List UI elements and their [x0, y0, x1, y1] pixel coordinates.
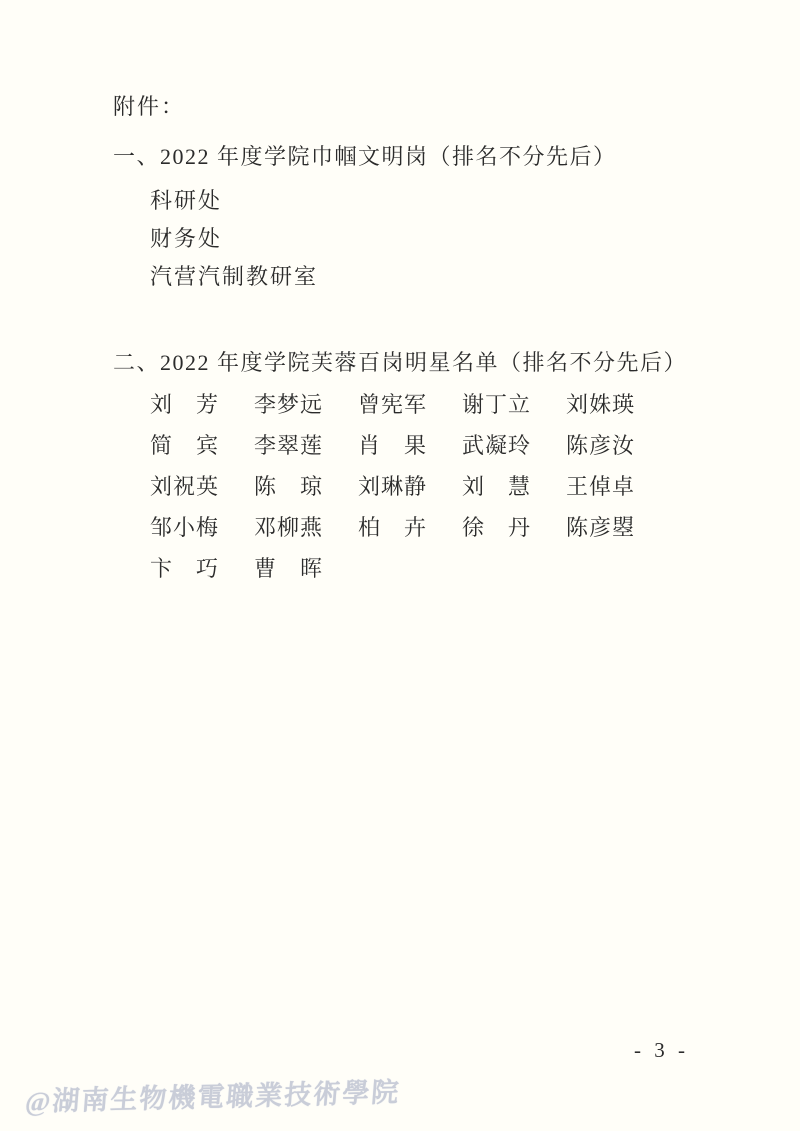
person-name: 王倬卓: [566, 474, 670, 515]
person-name: 柏 卉: [358, 515, 462, 556]
document-page: 附件： 一、2022 年度学院巾帼文明岗（排名不分先后） 科研处 财务处 汽营汽…: [0, 0, 800, 1131]
person-name: 李梦远: [254, 392, 358, 433]
section-2-heading: 二、2022 年度学院芙蓉百岗明星名单（排名不分先后）: [113, 346, 687, 377]
unit-item: 科研处: [150, 188, 318, 226]
person-name: 邓柳燕: [254, 515, 358, 556]
attachment-label: 附件：: [113, 90, 185, 121]
person-name: 谢丁立: [462, 392, 566, 433]
person-name: 邹小梅: [150, 515, 254, 556]
person-name: 陈 琼: [254, 474, 358, 515]
person-name: 曾宪军: [358, 392, 462, 433]
section-1-heading: 一、2022 年度学院巾帼文明岗（排名不分先后）: [113, 140, 617, 171]
person-name: 刘琳静: [358, 474, 462, 515]
person-name: 刘 慧: [462, 474, 566, 515]
unit-item: 财务处: [150, 226, 318, 264]
person-name: 卞 巧: [150, 556, 254, 597]
person-name: 刘姝瑛: [566, 392, 670, 433]
names-row: 刘祝英 陈 琼 刘琳静 刘 慧 王倬卓: [150, 474, 670, 515]
person-name: 肖 果: [358, 433, 462, 474]
names-row: 简 宾 李翠莲 肖 果 武凝玲 陈彦汝: [150, 433, 670, 474]
institution-watermark: @湖南生物機電職業技術學院: [24, 1070, 402, 1119]
section-2-names-grid: 刘 芳 李梦远 曾宪军 谢丁立 刘姝瑛 简 宾 李翠莲 肖 果 武凝玲 陈彦汝 …: [150, 392, 670, 597]
person-name: 李翠莲: [254, 433, 358, 474]
person-name: 刘祝英: [150, 474, 254, 515]
person-name: 曹 晖: [254, 556, 358, 597]
unit-item: 汽营汽制教研室: [150, 264, 318, 302]
section-1-unit-list: 科研处 财务处 汽营汽制教研室: [150, 188, 318, 302]
person-name: 简 宾: [150, 433, 254, 474]
person-name: 刘 芳: [150, 392, 254, 433]
names-row: 邹小梅 邓柳燕 柏 卉 徐 丹 陈彦曌: [150, 515, 670, 556]
names-row: 刘 芳 李梦远 曾宪军 谢丁立 刘姝瑛: [150, 392, 670, 433]
person-name: 陈彦曌: [566, 515, 670, 556]
person-name: 陈彦汝: [566, 433, 670, 474]
person-name: 徐 丹: [462, 515, 566, 556]
page-number: - 3 -: [634, 1038, 689, 1063]
person-name: 武凝玲: [462, 433, 566, 474]
names-row: 卞 巧 曹 晖: [150, 556, 670, 597]
